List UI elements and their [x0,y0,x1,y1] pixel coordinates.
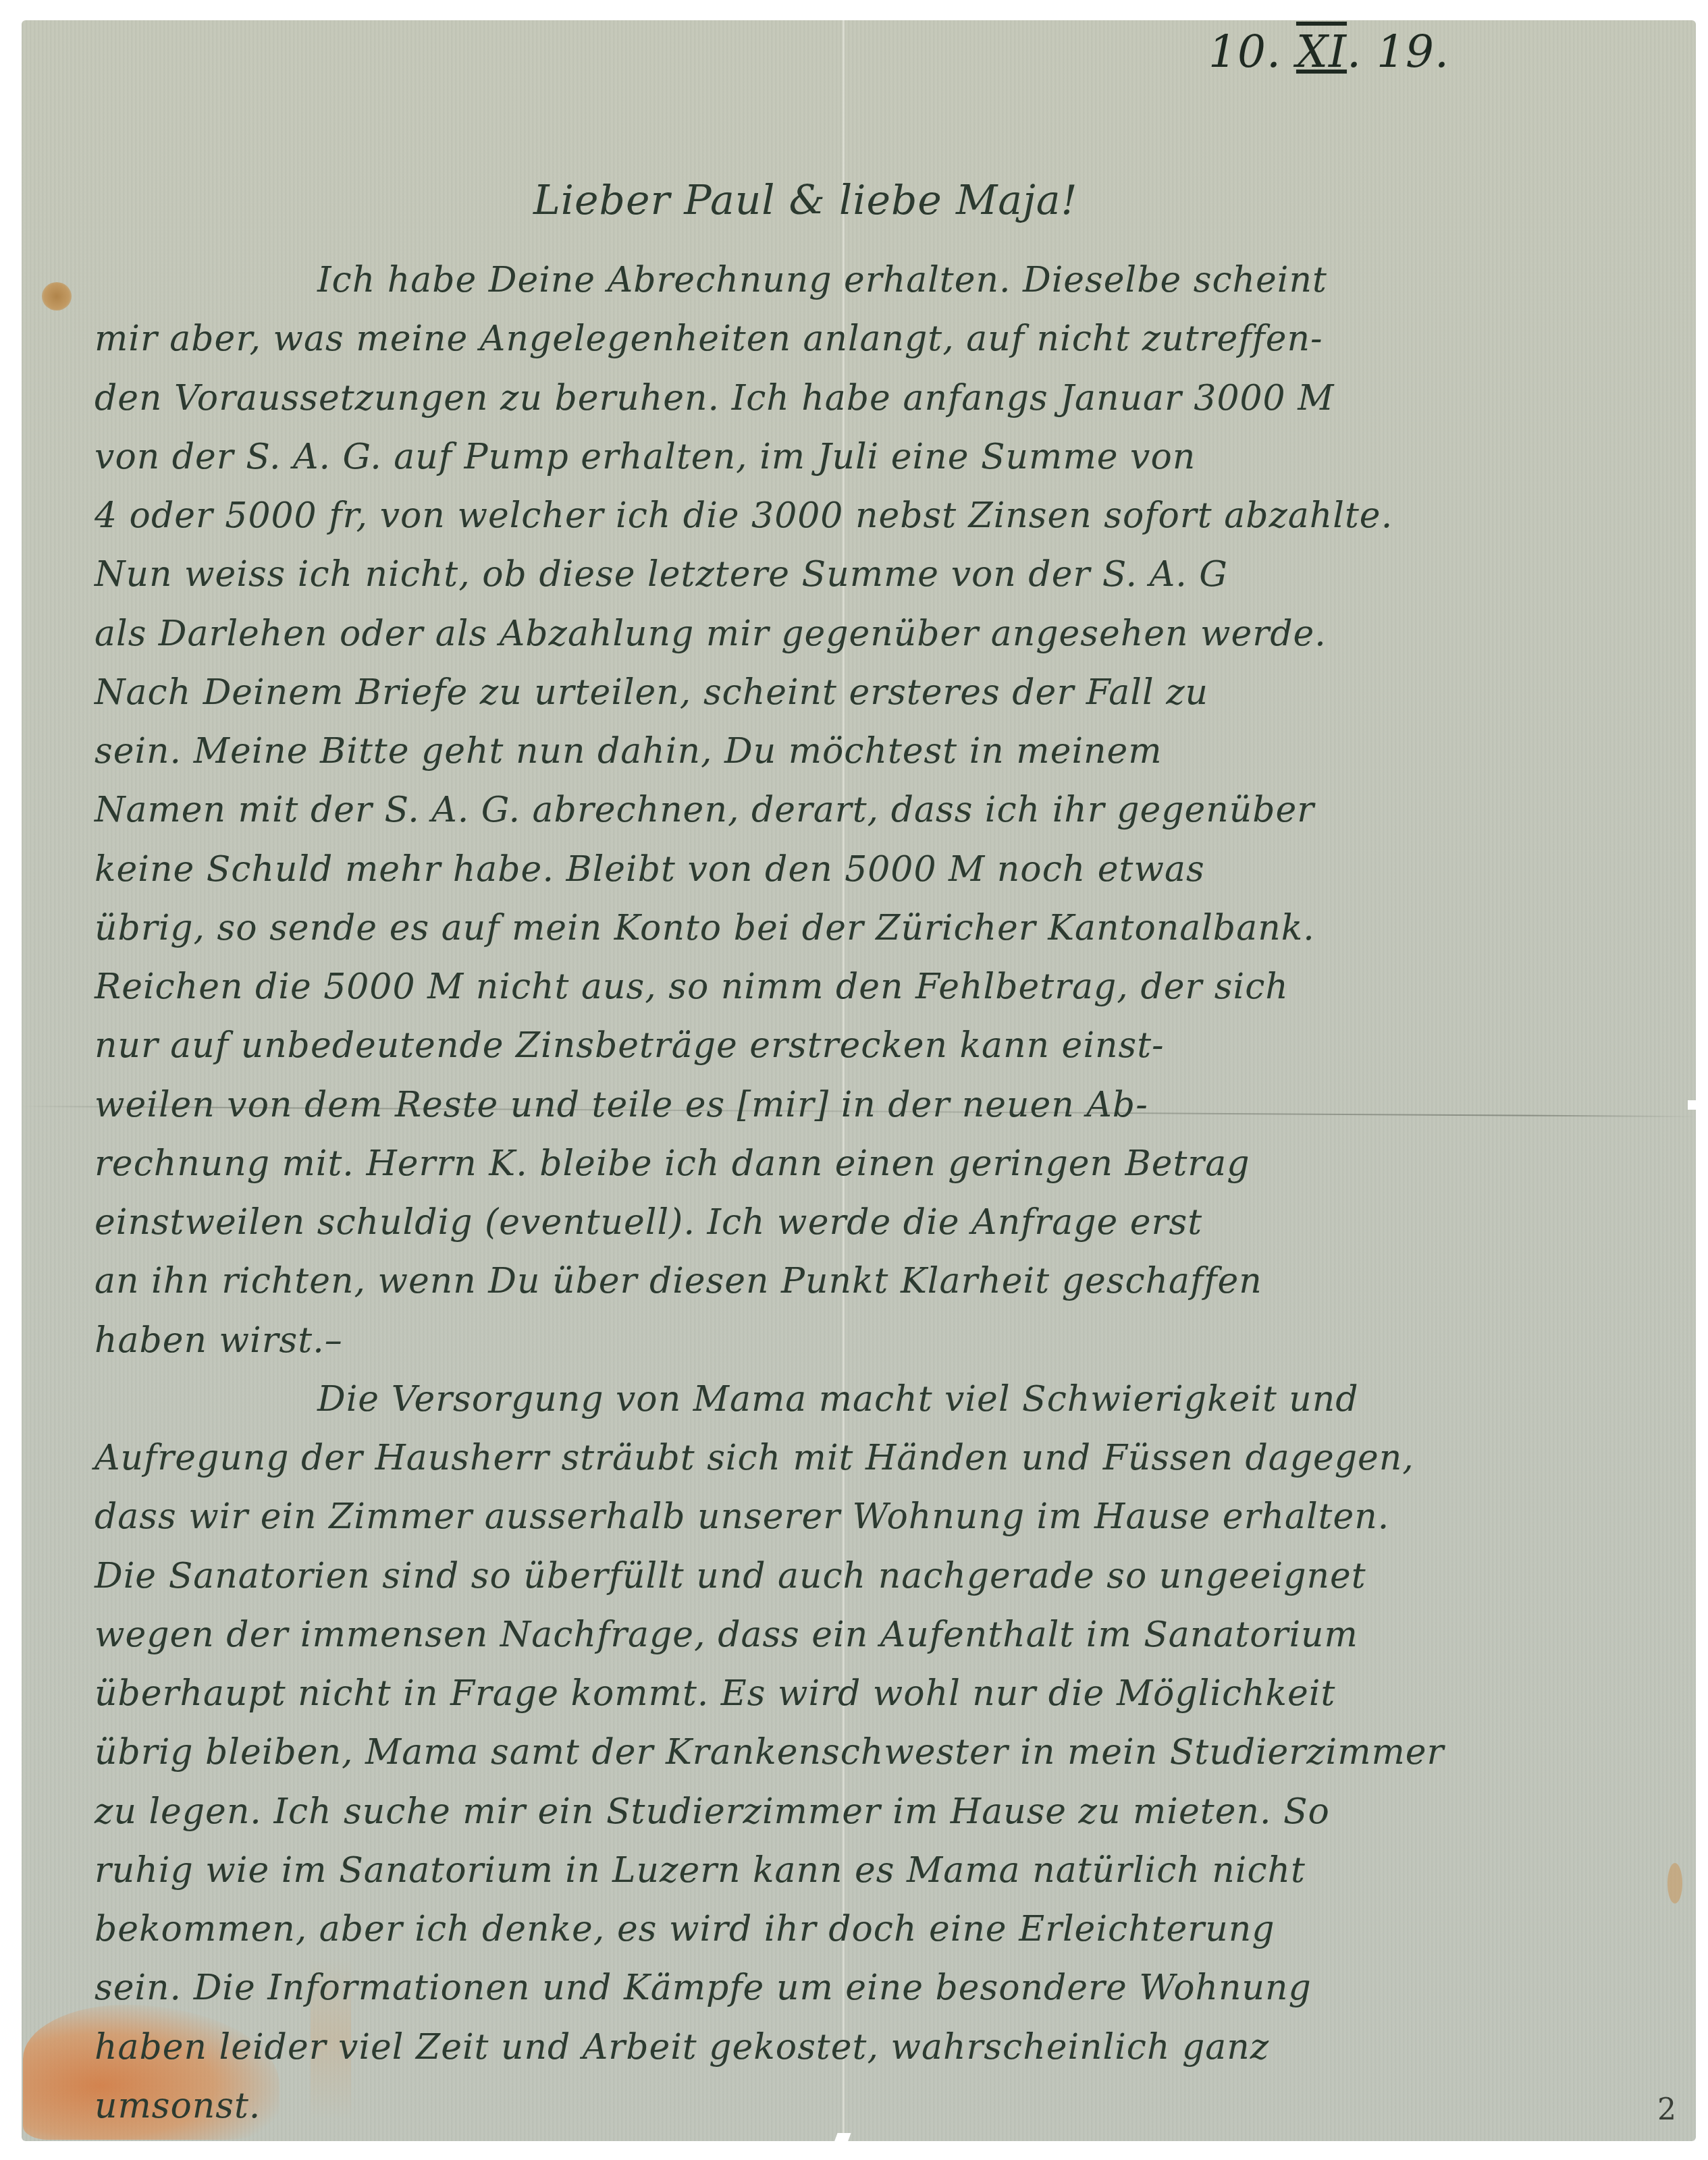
text-line: ruhig wie im Sanatorium in Luzern kann e… [95,1850,1306,1891]
text-line: Aufregung der Hausherr sträubt sich mit … [95,1438,1414,1478]
text-line: rechnung mit. Herrn K. bleibe ich dann e… [95,1143,1250,1184]
date-month: XI [1296,26,1347,78]
text-line: Reichen die 5000 M nicht aus, so nimm de… [95,967,1289,1007]
text-line: nur auf unbedeutende Zinsbeträge erstrec… [95,1025,1165,1066]
text-line: bekommen, aber ich denke, es wird ihr do… [95,1909,1275,1949]
text-line: Ich habe Deine Abrechnung erhalten. Dies… [317,260,1327,300]
text-line: Die Versorgung von Mama macht viel Schwi… [317,1379,1359,1420]
text-line: wegen der immensen Nachfrage, dass ein A… [95,1615,1358,1655]
text-line: überhaupt nicht in Frage kommt. Es wird … [95,1673,1335,1714]
date-day: 10. [1208,26,1281,78]
text-line: mir aber, was meine Angelegenheiten anla… [95,319,1323,359]
text-line: Nun weiss ich nicht, ob diese letztere S… [95,554,1228,595]
text-line: Nach Deinem Briefe zu urteilen, scheint … [95,672,1208,713]
text-line: einstweilen schuldig (eventuell). Ich we… [95,1202,1202,1243]
text-line: umsonst. [95,2086,261,2126]
salutation: Lieber Paul & liebe Maja! [533,177,1078,224]
date-year: 19. [1377,26,1449,78]
text-line: den Voraussetzungen zu beruhen. Ich habe… [95,378,1334,418]
letter-date: 10. XI. 19. [1208,26,1449,78]
text-line: sein. Meine Bitte geht nun dahin, Du möc… [95,731,1163,772]
stain-spot-left [42,282,72,310]
text-line: weilen von dem Reste und teile es [mir] … [95,1085,1148,1125]
text-line: haben wirst.– [95,1320,343,1361]
text-line: als Darlehen oder als Abzahlung mir gege… [95,614,1327,654]
text-line: Namen mit der S. A. G. abrechnen, derart… [95,790,1314,830]
text-line: zu legen. Ich suche mir ein Studierzimme… [95,1791,1330,1832]
text-line: 4 oder 5000 fr, von welcher ich die 3000… [95,495,1393,536]
text-line: übrig bleiben, Mama samt der Krankenschw… [95,1732,1444,1773]
text-line: übrig, so sende es auf mein Konto bei de… [95,908,1315,948]
text-line: von der S. A. G. auf Pump erhalten, im J… [95,437,1196,477]
text-line: keine Schuld mehr habe. Bleibt von den 5… [95,849,1205,890]
edge-tear-right [1688,1100,1708,1110]
page-number: 2 [1657,2092,1677,2127]
text-line: dass wir ein Zimmer ausserhalb unserer W… [95,1496,1389,1537]
stain-spot-right [1667,1863,1682,1904]
text-line: Die Sanatorien sind so überfüllt und auc… [95,1556,1366,1596]
text-line: haben leider viel Zeit und Arbeit gekost… [95,2027,1269,2068]
text-line: sein. Die Informationen und Kämpfe um ei… [95,1968,1312,2008]
text-line: an ihn richten, wenn Du über diesen Punk… [95,1261,1262,1301]
